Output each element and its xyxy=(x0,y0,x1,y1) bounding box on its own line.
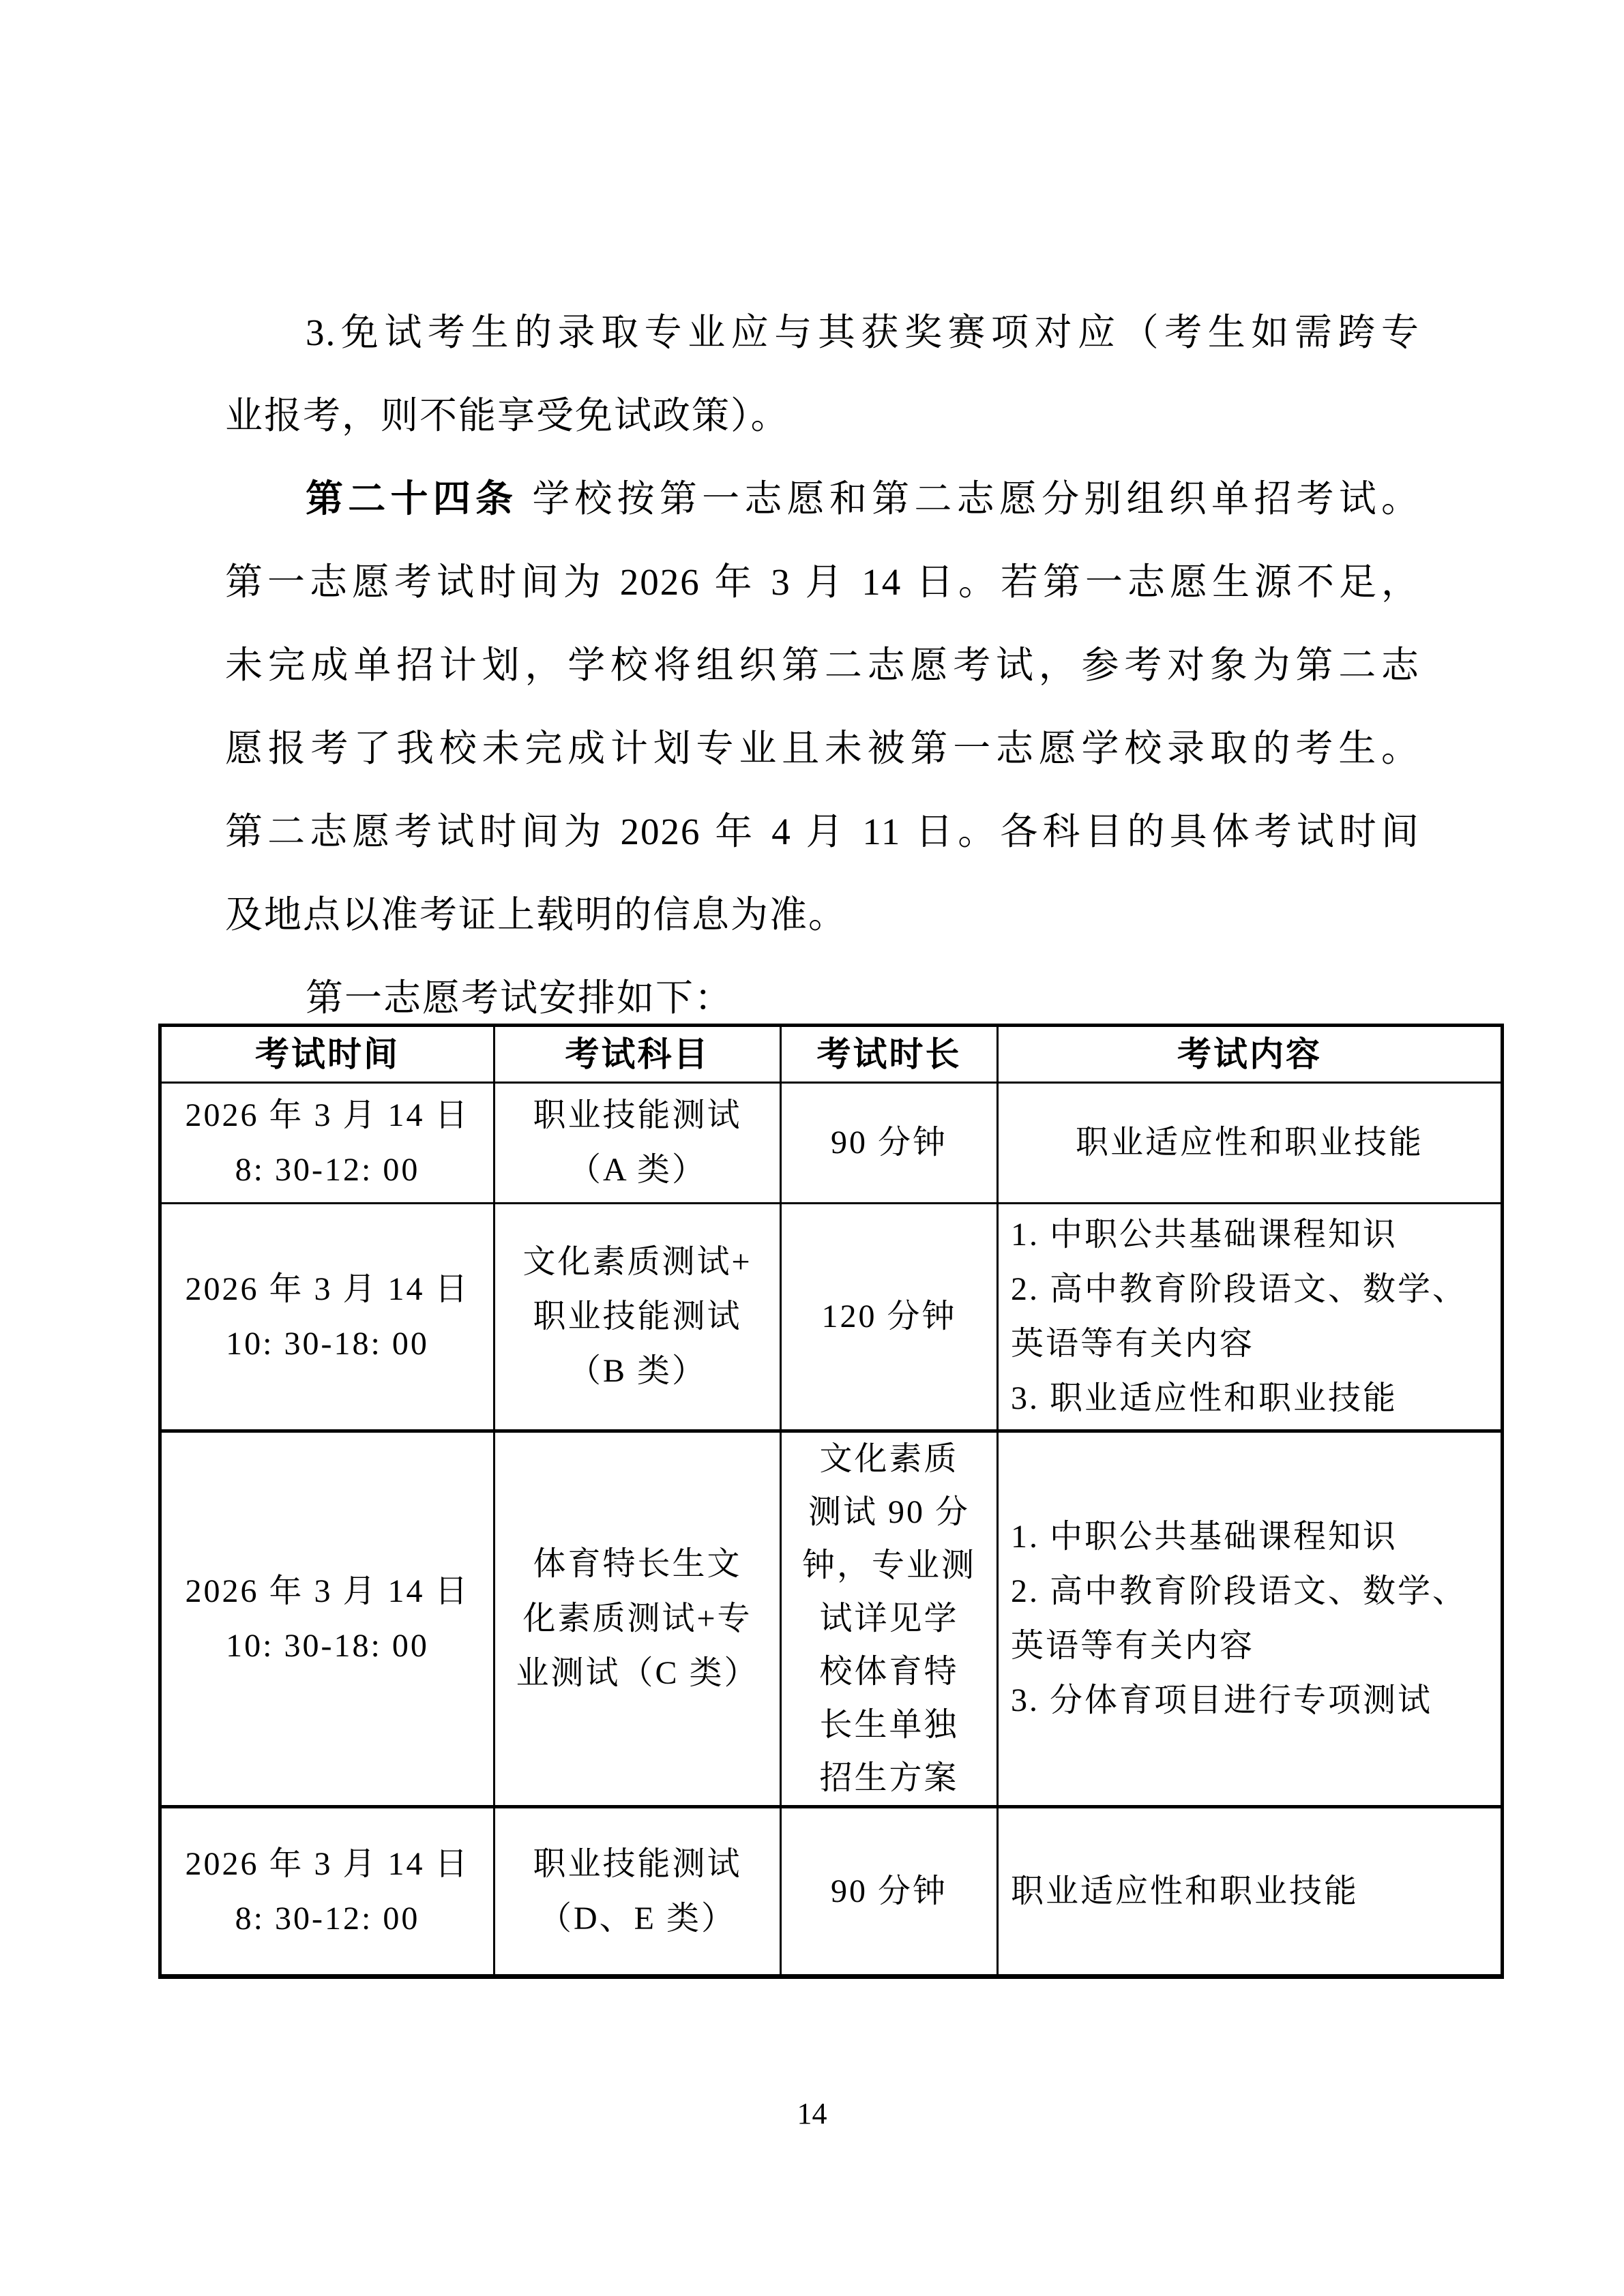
page-number: 14 xyxy=(0,2095,1624,2133)
header-exam-subject: 考试科目 xyxy=(494,1026,781,1083)
table-row-class-a: 2026 年 3 月 14 日 8: 30-12: 00 职业技能测试 （A 类… xyxy=(160,1083,1503,1204)
table-header-row: 考试时间 考试科目 考试时长 考试内容 xyxy=(160,1026,1503,1083)
subject-cell: 文化素质测试+ 职业技能测试 （B 类） xyxy=(494,1204,781,1431)
paragraph-article24-line-4: 愿报考了我校未完成计划专业且未被第一志愿学校录取的考生。 xyxy=(225,707,1420,790)
time-cell: 2026 年 3 月 14 日 8: 30-12: 00 xyxy=(160,1083,494,1204)
content-cell: 1. 中职公共基础课程知识 2. 高中教育阶段语文、数学、 英语等有关内容 3.… xyxy=(998,1431,1503,1807)
table-row-class-c: 2026 年 3 月 14 日 10: 30-18: 00 体育特长生文 化素质… xyxy=(160,1431,1503,1807)
paragraph-exempt-line-2: 业报考，则不能享受免试政策）。 xyxy=(225,374,1420,458)
duration-cell: 120 分钟 xyxy=(781,1204,998,1431)
header-exam-duration: 考试时长 xyxy=(781,1026,998,1083)
table-row-class-de: 2026 年 3 月 14 日 8: 30-12: 00 职业技能测试 （D、E… xyxy=(160,1807,1503,1977)
header-exam-content: 考试内容 xyxy=(998,1026,1503,1083)
paragraph-article24-line-2: 第一志愿考试时间为 2026 年 3 月 14 日。若第一志愿生源不足， xyxy=(225,541,1420,624)
document-page: 3.免试考生的录取专业应与其获奖赛项对应（考生如需跨专 业报考，则不能享受免试政… xyxy=(0,0,1624,2296)
duration-cell: 90 分钟 xyxy=(781,1083,998,1204)
subject-cell: 职业技能测试 （D、E 类） xyxy=(494,1807,781,1977)
article24-line-1-text: 学校按第一志愿和第二志愿分别组织单招考试。 xyxy=(518,478,1420,520)
time-cell: 2026 年 3 月 14 日 8: 30-12: 00 xyxy=(160,1807,494,1977)
subject-cell: 职业技能测试 （A 类） xyxy=(494,1083,781,1204)
duration-cell: 90 分钟 xyxy=(781,1807,998,1977)
content-cell: 1. 中职公共基础课程知识 2. 高中教育阶段语文、数学、 英语等有关内容 3.… xyxy=(998,1204,1503,1431)
table-row-class-b: 2026 年 3 月 14 日 10: 30-18: 00 文化素质测试+ 职业… xyxy=(160,1204,1503,1431)
article24-term: 第二十四条 xyxy=(306,478,518,520)
time-cell: 2026 年 3 月 14 日 10: 30-18: 00 xyxy=(160,1431,494,1807)
subject-cell: 体育特长生文 化素质测试+专 业测试（C 类） xyxy=(494,1431,781,1807)
duration-cell: 文化素质 测试 90 分 钟，专业测 试详见学 校体育特 长生单独 招生方案 xyxy=(781,1431,998,1807)
paragraph-article24-line-6: 及地点以准考证上载明的信息为准。 xyxy=(225,874,1420,957)
body-paragraphs: 3.免试考生的录取专业应与其获奖赛项对应（考生如需跨专 业报考，则不能享受免试政… xyxy=(225,291,1420,1040)
time-cell: 2026 年 3 月 14 日 10: 30-18: 00 xyxy=(160,1204,494,1431)
header-exam-time: 考试时间 xyxy=(160,1026,494,1083)
paragraph-article24-line-1: 第二十四条 学校按第一志愿和第二志愿分别组织单招考试。 xyxy=(225,458,1420,541)
exam-schedule-table: 考试时间 考试科目 考试时长 考试内容 2026 年 3 月 14 日 8: 3… xyxy=(158,1024,1504,1979)
paragraph-exempt-line-1: 3.免试考生的录取专业应与其获奖赛项对应（考生如需跨专 xyxy=(225,291,1420,374)
paragraph-article24-line-5: 第二志愿考试时间为 2026 年 4 月 11 日。各科目的具体考试时间 xyxy=(225,790,1420,874)
paragraph-article24-line-3: 未完成单招计划，学校将组织第二志愿考试，参考对象为第二志 xyxy=(225,624,1420,707)
content-cell: 职业适应性和职业技能 xyxy=(998,1083,1503,1204)
content-cell: 职业适应性和职业技能 xyxy=(998,1807,1503,1977)
